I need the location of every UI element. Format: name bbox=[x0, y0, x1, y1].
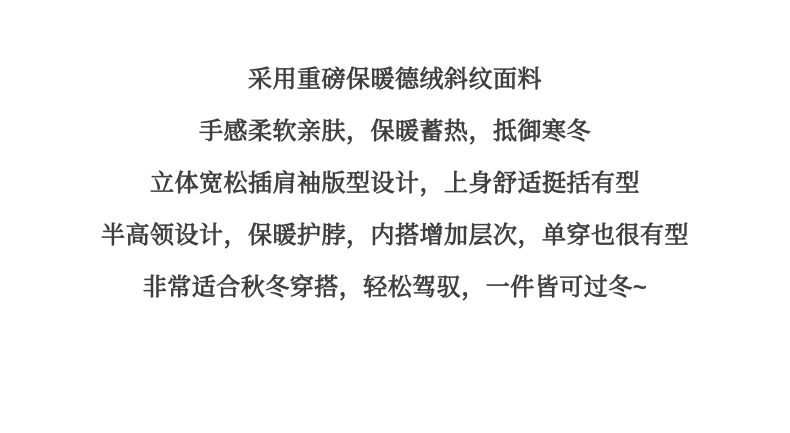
product-description-line-fit: 立体宽松插肩袖版型设计，上身舒适挺括有型 bbox=[0, 158, 790, 210]
product-description-line-fabric: 采用重磅保暖德绒斜纹面料 bbox=[0, 54, 790, 106]
product-description-line-collar: 半高领设计，保暖护脖，内搭增加层次，单穿也很有型 bbox=[0, 210, 790, 262]
product-description-line-season: 非常适合秋冬穿搭，轻松驾驭，一件皆可过冬~ bbox=[0, 262, 790, 314]
product-description-block: 采用重磅保暖德绒斜纹面料 手感柔软亲肤，保暖蓄热，抵御寒冬 立体宽松插肩袖版型设… bbox=[0, 0, 790, 314]
product-description-line-feel: 手感柔软亲肤，保暖蓄热，抵御寒冬 bbox=[0, 106, 790, 158]
